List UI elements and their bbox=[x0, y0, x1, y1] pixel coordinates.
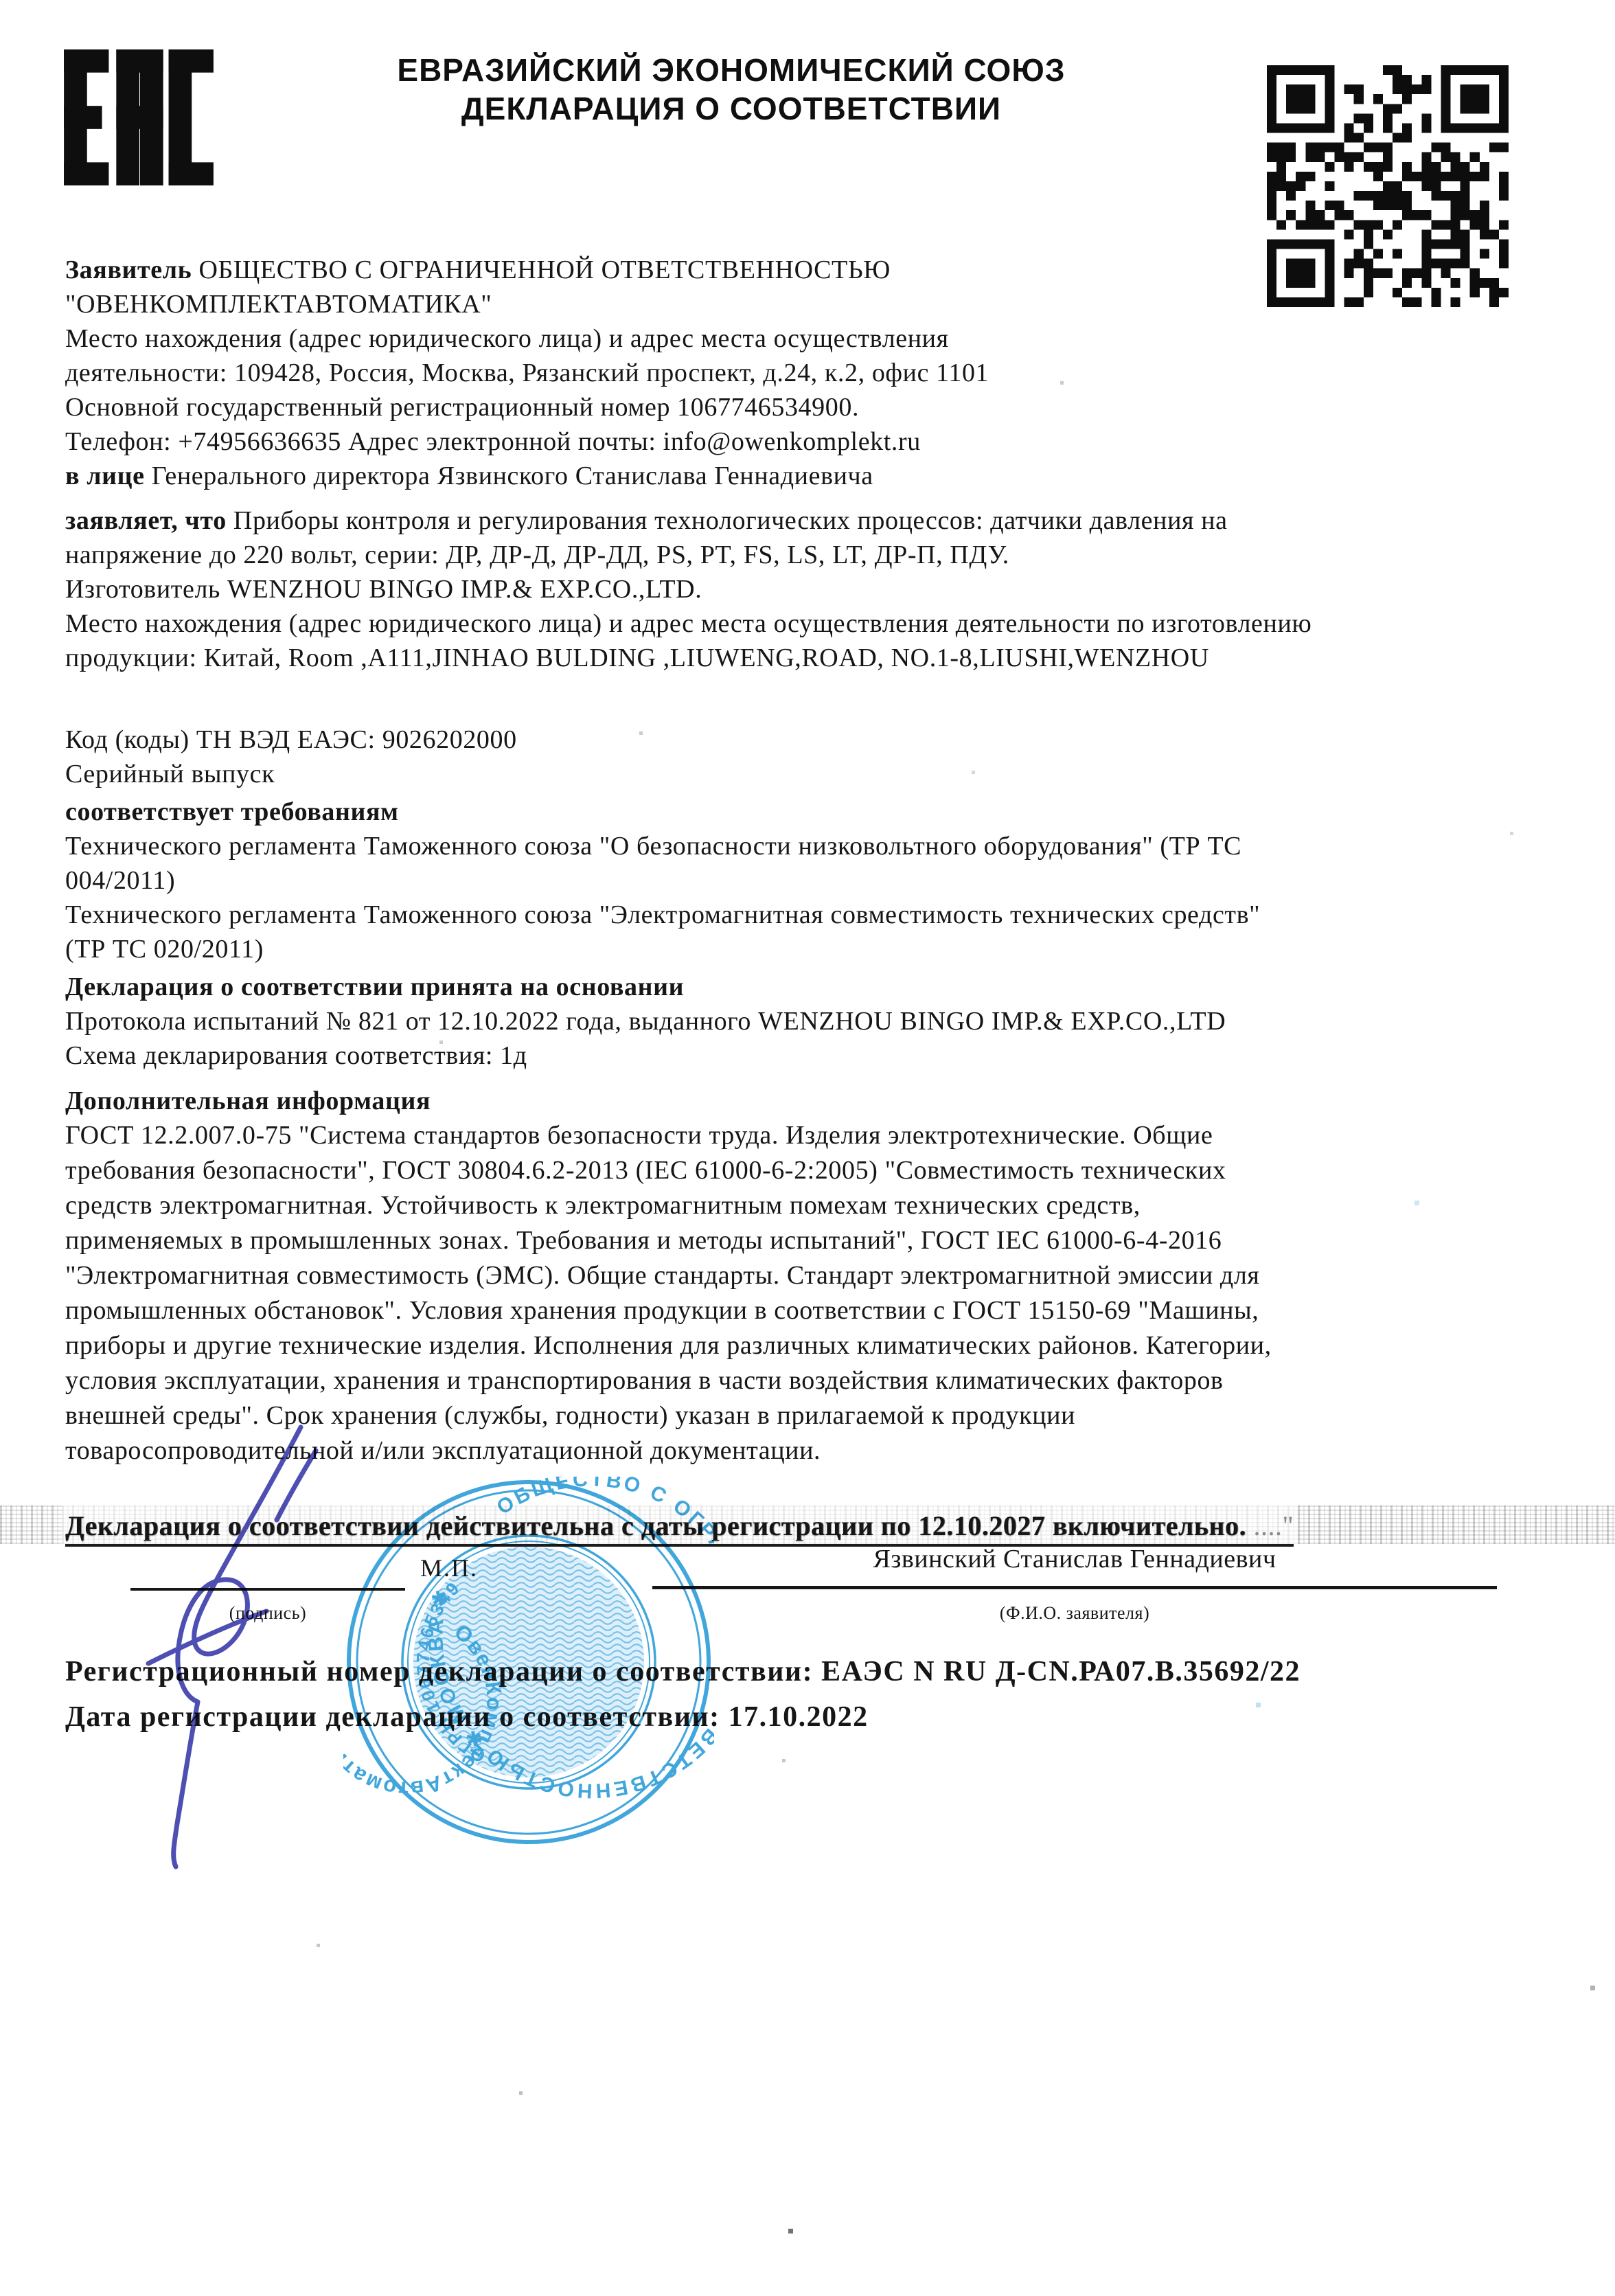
product-line: заявляет, что Приборы контроля и регулир… bbox=[65, 503, 1569, 538]
title-line-1: ЕВРАЗИЙСКИЙ ЭКОНОМИЧЕСКИЙ СОЮЗ bbox=[288, 51, 1174, 89]
compliance-reg-2: Технического регламента Таможенного союз… bbox=[65, 898, 1569, 932]
basis-header: Декларация о соответствии принята на осн… bbox=[65, 970, 1569, 1004]
applicant-address-1: Место нахождения (адрес юридического лиц… bbox=[65, 321, 1569, 356]
person-label: в лице bbox=[65, 462, 145, 490]
applicant-label: Заявитель bbox=[65, 255, 192, 284]
compliance-header: соответствует требованиям bbox=[65, 795, 1569, 829]
manufacturer-address-2: продукции: Китай, Room ,A111,JINHAO BULD… bbox=[65, 641, 1569, 675]
manufacturer: Изготовитель WENZHOU BINGO IMP.& EXP.CO.… bbox=[65, 572, 1569, 606]
applicant-address-2: деятельности: 109428, Россия, Москва, Ря… bbox=[65, 356, 1569, 390]
product-value: Приборы контроля и регулирования техноло… bbox=[227, 506, 1228, 535]
document-title: ЕВРАЗИЙСКИЙ ЭКОНОМИЧЕСКИЙ СОЮЗ ДЕКЛАРАЦИ… bbox=[288, 51, 1174, 128]
fio-caption: (Ф.И.О. заявителя) bbox=[652, 1603, 1497, 1624]
additional-header: Дополнительная информация bbox=[65, 1084, 1569, 1118]
handwritten-signature bbox=[82, 1408, 412, 1882]
product-series: напряжение до 220 вольт, серии: ДР, ДР-Д… bbox=[65, 538, 1569, 572]
validity-noise-tail: ...." bbox=[1246, 1510, 1294, 1541]
applicant-person: в лице Генерального директора Язвинского… bbox=[65, 459, 1569, 493]
additional-line: "Электромагнитная совместимость (ЭМС). О… bbox=[65, 1258, 1569, 1293]
declares-label: заявляет, что bbox=[65, 506, 227, 535]
tnved-code: Код (коды) ТН ВЭД ЕАЭС: 9026202000 bbox=[65, 723, 1569, 757]
additional-line: приборы и другие технические изделия. Ис… bbox=[65, 1328, 1569, 1363]
compliance-reg-1: Технического регламента Таможенного союз… bbox=[65, 829, 1569, 863]
serial-issue: Серийный выпуск bbox=[65, 757, 1569, 791]
basis-protocol: Протокола испытаний № 821 от 12.10.2022 … bbox=[65, 1004, 1569, 1038]
scan-noise-band-left bbox=[0, 1505, 62, 1544]
person-value: Генерального директора Язвинского Станис… bbox=[145, 462, 873, 490]
manufacturer-address-1: Место нахождения (адрес юридического лиц… bbox=[65, 606, 1569, 641]
compliance-reg-1b: 004/2011) bbox=[65, 863, 1569, 898]
additional-line: промышленных обстановок". Условия хранен… bbox=[65, 1293, 1569, 1328]
additional-line: ГОСТ 12.2.007.0-75 "Система стандартов б… bbox=[65, 1118, 1569, 1152]
scan-specks bbox=[0, 0, 2, 2]
applicant-contacts: Телефон: +74956636635 Адрес электронной … bbox=[65, 424, 1569, 459]
declaration-document: ЕВРАЗИЙСКИЙ ЭКОНОМИЧЕСКИЙ СОЮЗ ДЕКЛАРАЦИ… bbox=[0, 0, 1615, 2296]
fio-line bbox=[652, 1586, 1497, 1589]
applicant-fio: Язвинский Станислав Геннадиевич bbox=[652, 1544, 1497, 1574]
additional-line: применяемых в промышленных зонах. Требов… bbox=[65, 1223, 1569, 1258]
applicant-value: ОБЩЕСТВО С ОГРАНИЧЕННОЙ ОТВЕТСТВЕННОСТЬЮ bbox=[192, 255, 891, 284]
compliance-reg-2b: (ТР ТС 020/2011) bbox=[65, 932, 1569, 966]
additional-line: условия эксплуатации, хранения и транспо… bbox=[65, 1363, 1569, 1398]
scan-noise-band-right bbox=[1298, 1505, 1615, 1544]
additional-line: требования безопасности", ГОСТ 30804.6.2… bbox=[65, 1153, 1569, 1187]
title-line-2: ДЕКЛАРАЦИЯ О СООТВЕТСТВИИ bbox=[288, 89, 1174, 128]
additional-line: средств электромагнитная. Устойчивость к… bbox=[65, 1188, 1569, 1223]
applicant-ogrn: Основной государственный регистрационный… bbox=[65, 390, 1569, 424]
basis-scheme: Схема декларирования соответствия: 1д bbox=[65, 1038, 1569, 1073]
applicant-company: "ОВЕНКОМПЛЕКТАВТОМАТИКА" bbox=[65, 287, 1569, 321]
eac-logo-icon bbox=[63, 49, 214, 185]
applicant-line: Заявитель ОБЩЕСТВО С ОГРАНИЧЕННОЙ ОТВЕТС… bbox=[65, 253, 1569, 287]
